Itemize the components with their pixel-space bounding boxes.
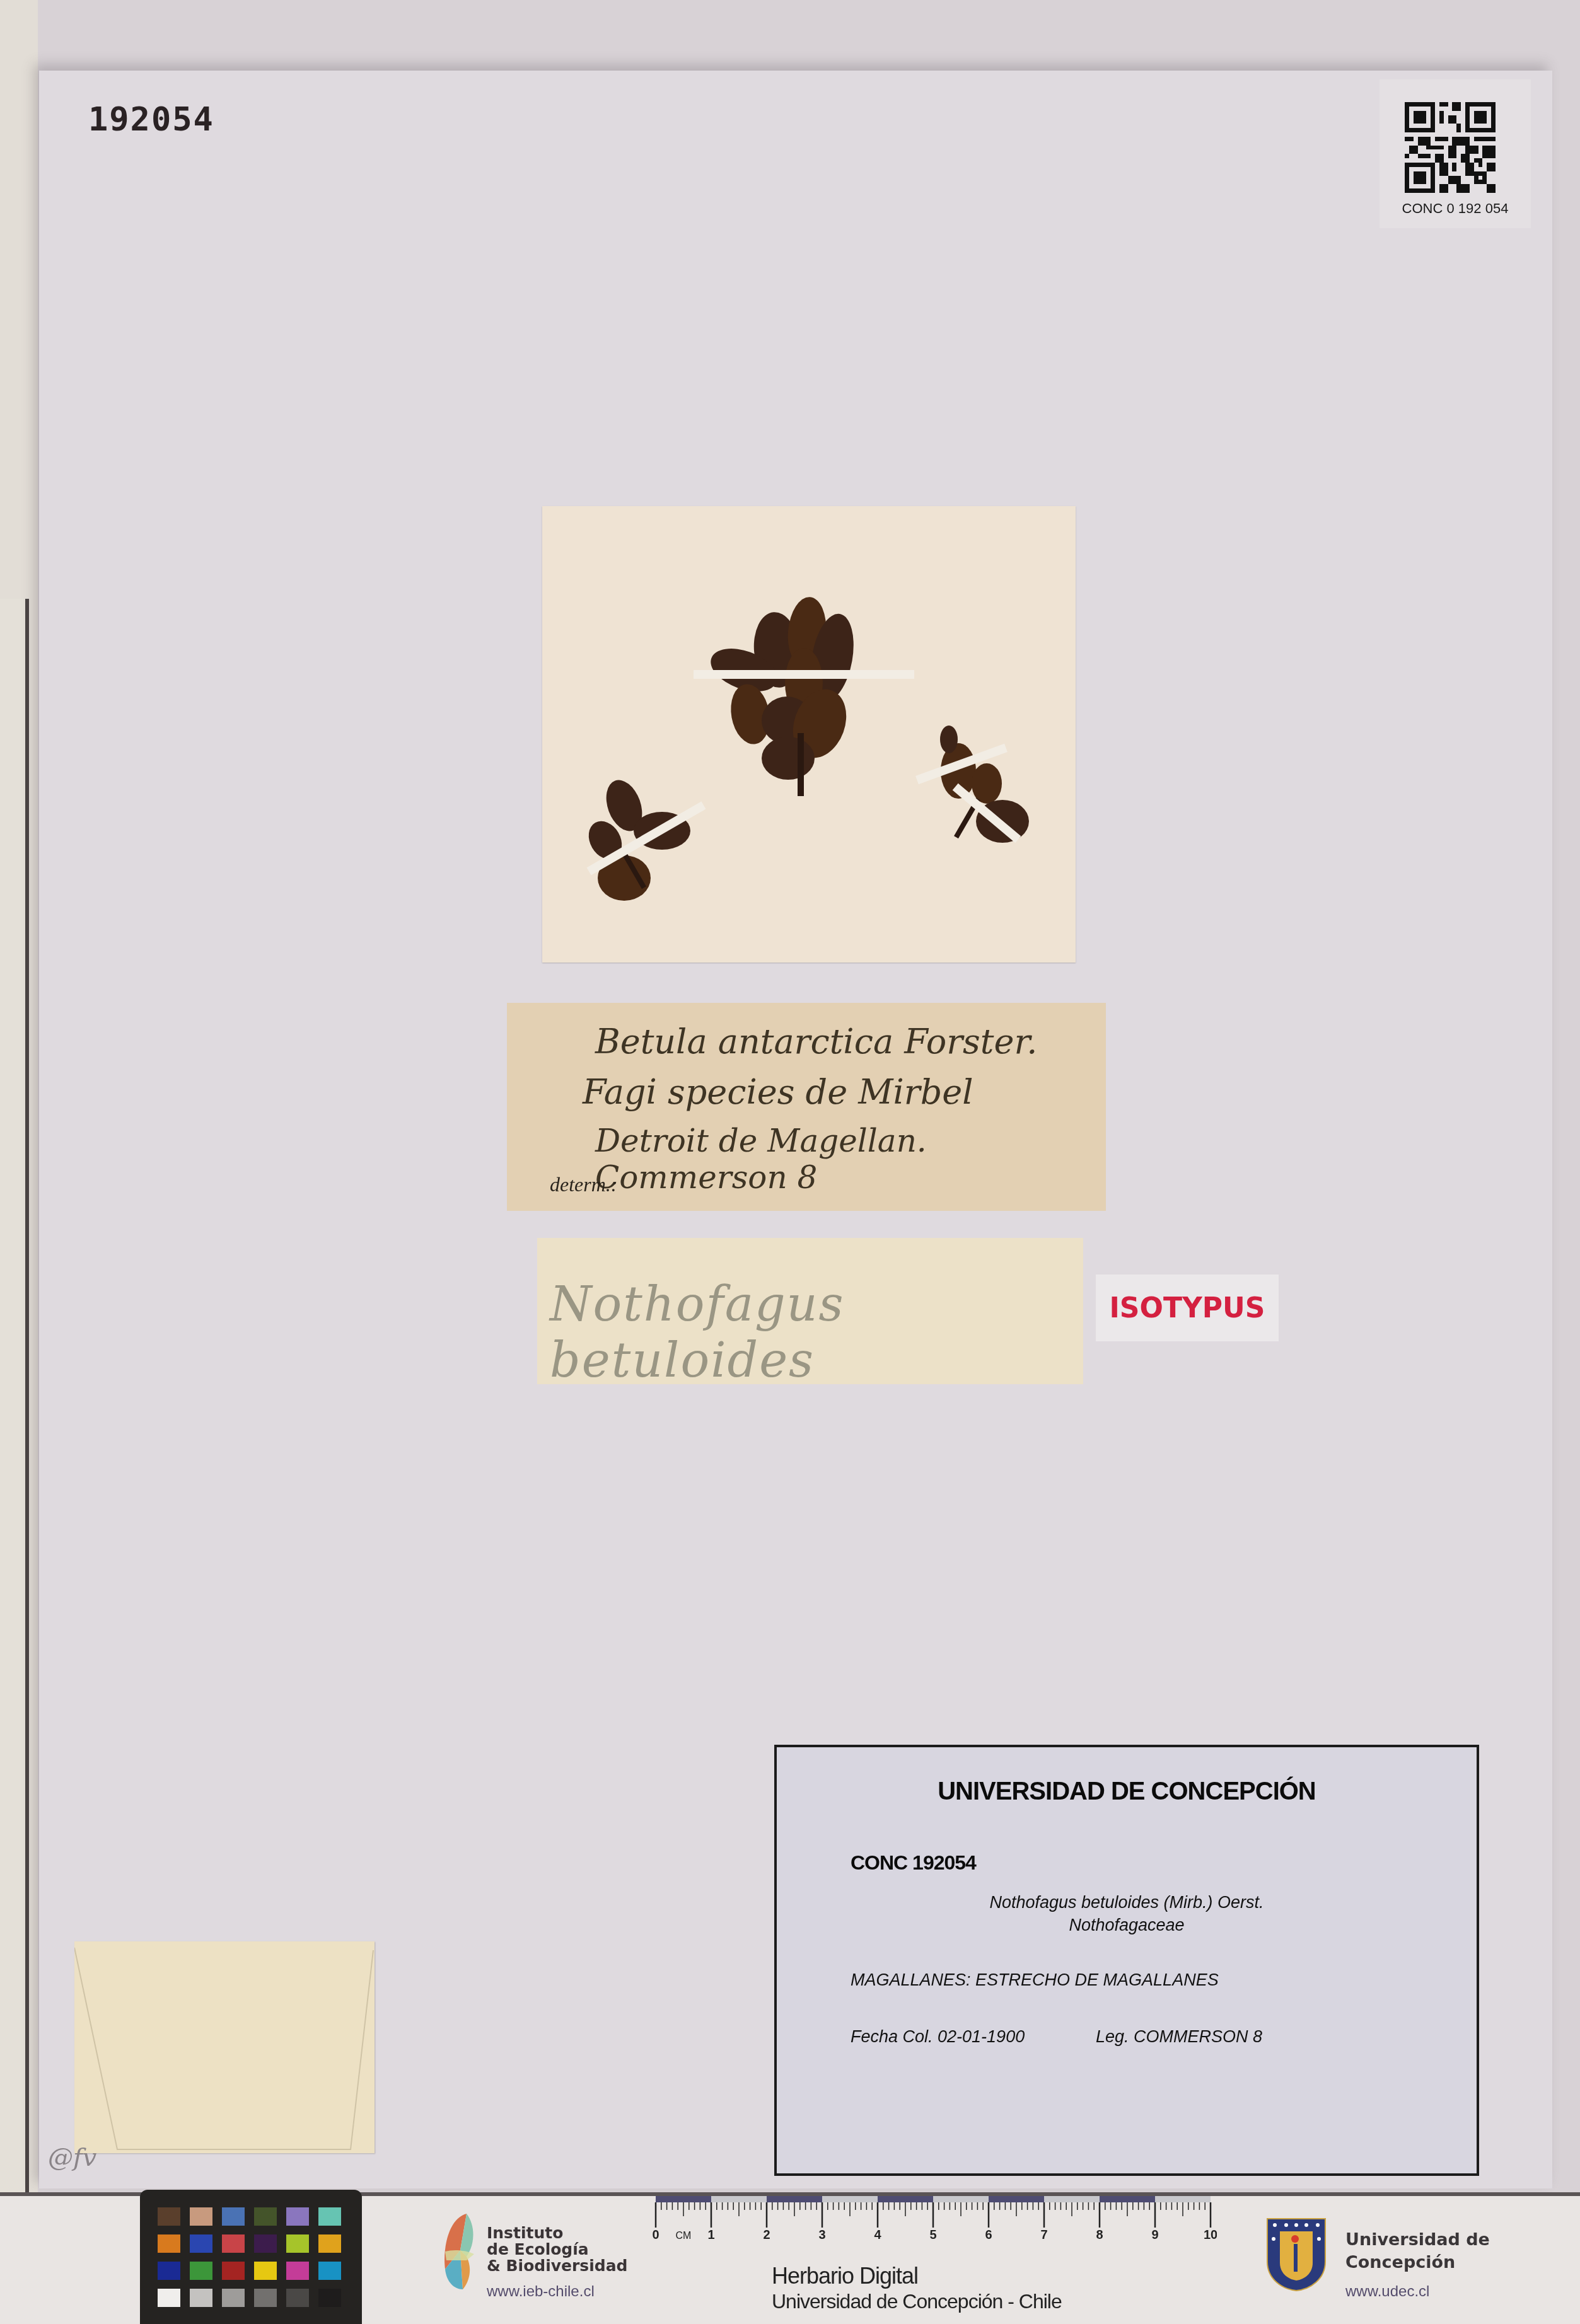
color-swatch <box>190 2289 212 2307</box>
color-swatch <box>286 2262 309 2280</box>
herbarium-subtitle: Universidad de Concepción - Chile <box>772 2290 1062 2313</box>
centimeter-ruler: 012345678910CM <box>649 2196 1217 2241</box>
qr-label: CONC 0 192 054 <box>1380 79 1531 228</box>
determination-label: Nothofagus betuloides <box>537 1238 1083 1384</box>
color-swatch <box>222 2289 245 2307</box>
ieb-name-line-3: & Biodiversidad <box>487 2258 627 2274</box>
svg-text:8: 8 <box>1096 2228 1103 2241</box>
color-swatch <box>318 2289 341 2307</box>
color-swatch <box>254 2289 277 2307</box>
color-swatch <box>286 2207 309 2226</box>
institution-label: UNIVERSIDAD DE CONCEPCIÓN CONC 192054 No… <box>774 1745 1479 2176</box>
svg-text:7: 7 <box>1040 2228 1047 2241</box>
color-swatch <box>158 2289 180 2307</box>
svg-text:1: 1 <box>707 2228 714 2241</box>
determ-field-label: determ.: <box>550 1173 618 1196</box>
pressed-specimen-leaves <box>542 506 1076 963</box>
catalog-number: CONC 192054 <box>851 1851 976 1875</box>
color-swatch <box>318 2234 341 2253</box>
svg-text:2: 2 <box>763 2228 770 2241</box>
color-checker-grid <box>158 2207 341 2307</box>
color-swatch <box>190 2207 212 2226</box>
svg-text:3: 3 <box>818 2228 825 2241</box>
specimen-mount-card <box>542 506 1076 963</box>
determination-text: Nothofagus betuloides <box>550 1276 1083 1388</box>
original-collector-label: Betula antarctica Forster. Fagi species … <box>507 1003 1106 1211</box>
color-swatch <box>222 2207 245 2226</box>
udec-url[interactable]: www.udec.cl <box>1345 2283 1429 2301</box>
herbarium-title: Herbario Digital <box>772 2263 918 2289</box>
color-swatch <box>158 2207 180 2226</box>
ieb-branding: Instituto de Ecología & Biodiversidad ww… <box>441 2212 649 2320</box>
original-label-line-3: Detroit de Magellan. Commerson 8 <box>595 1123 1106 1196</box>
svg-text:0: 0 <box>652 2228 659 2241</box>
family-name: Nothofagaceae <box>777 1914 1477 1936</box>
collector: Leg. COMMERSON 8 <box>1096 2027 1262 2047</box>
fragment-envelope[interactable] <box>74 1941 375 2153</box>
udec-name-line-1: Universidad de <box>1345 2229 1490 2252</box>
adjacent-sheet-edge <box>0 599 29 2194</box>
color-swatch <box>254 2207 277 2226</box>
original-label-line-2: Fagi species de Mirbel <box>583 1072 973 1112</box>
color-swatch <box>222 2234 245 2253</box>
color-swatch <box>254 2262 277 2280</box>
color-swatch <box>286 2289 309 2307</box>
udec-name-line-2: Concepción <box>1345 2252 1490 2274</box>
color-swatch <box>286 2234 309 2253</box>
handwritten-initials: @fv <box>48 2143 96 2172</box>
svg-text:CM: CM <box>676 2231 692 2241</box>
color-swatch <box>190 2262 212 2280</box>
ieb-name-line-1: Instituto <box>487 2225 627 2241</box>
qr-label-text: CONC 0 192 054 <box>1380 200 1531 217</box>
svg-text:6: 6 <box>985 2228 992 2241</box>
svg-text:10: 10 <box>1204 2228 1217 2241</box>
color-checker <box>140 2190 362 2324</box>
locality: MAGALLANES: ESTRECHO DE MAGALLANES <box>851 1970 1219 1990</box>
svg-text:4: 4 <box>874 2228 881 2241</box>
qr-code-icon <box>1405 102 1496 193</box>
svg-text:9: 9 <box>1151 2228 1158 2241</box>
institution-title: UNIVERSIDAD DE CONCEPCIÓN <box>777 1778 1477 1806</box>
ieb-name-line-2: de Ecología <box>487 2241 627 2258</box>
color-swatch <box>318 2207 341 2226</box>
color-swatch <box>158 2262 180 2280</box>
type-status-text: ISOTYPUS <box>1096 1292 1279 1324</box>
original-label-line-1: Betula antarctica Forster. <box>595 1022 1038 1061</box>
ieb-logo-icon <box>441 2212 477 2291</box>
color-swatch <box>158 2234 180 2253</box>
type-status-label: ISOTYPUS <box>1096 1275 1279 1341</box>
udec-shield-icon <box>1266 2217 1327 2292</box>
ieb-url[interactable]: www.ieb-chile.cl <box>487 2283 595 2301</box>
ieb-name: Instituto de Ecología & Biodiversidad <box>487 2225 627 2274</box>
udec-name: Universidad de Concepción <box>1345 2229 1490 2274</box>
color-swatch <box>318 2262 341 2280</box>
color-swatch <box>254 2234 277 2253</box>
color-swatch <box>190 2234 212 2253</box>
svg-text:5: 5 <box>929 2228 936 2241</box>
taxon-block: Nothofagus betuloides (Mirb.) Oerst. Not… <box>777 1891 1477 1936</box>
color-swatch <box>222 2262 245 2280</box>
scientific-name: Nothofagus betuloides (Mirb.) Oerst. <box>777 1891 1477 1914</box>
envelope-flap <box>74 1941 375 2153</box>
accession-stamp: 192054 <box>88 101 214 139</box>
collection-date: Fecha Col. 02-01-1900 <box>851 2027 1025 2047</box>
